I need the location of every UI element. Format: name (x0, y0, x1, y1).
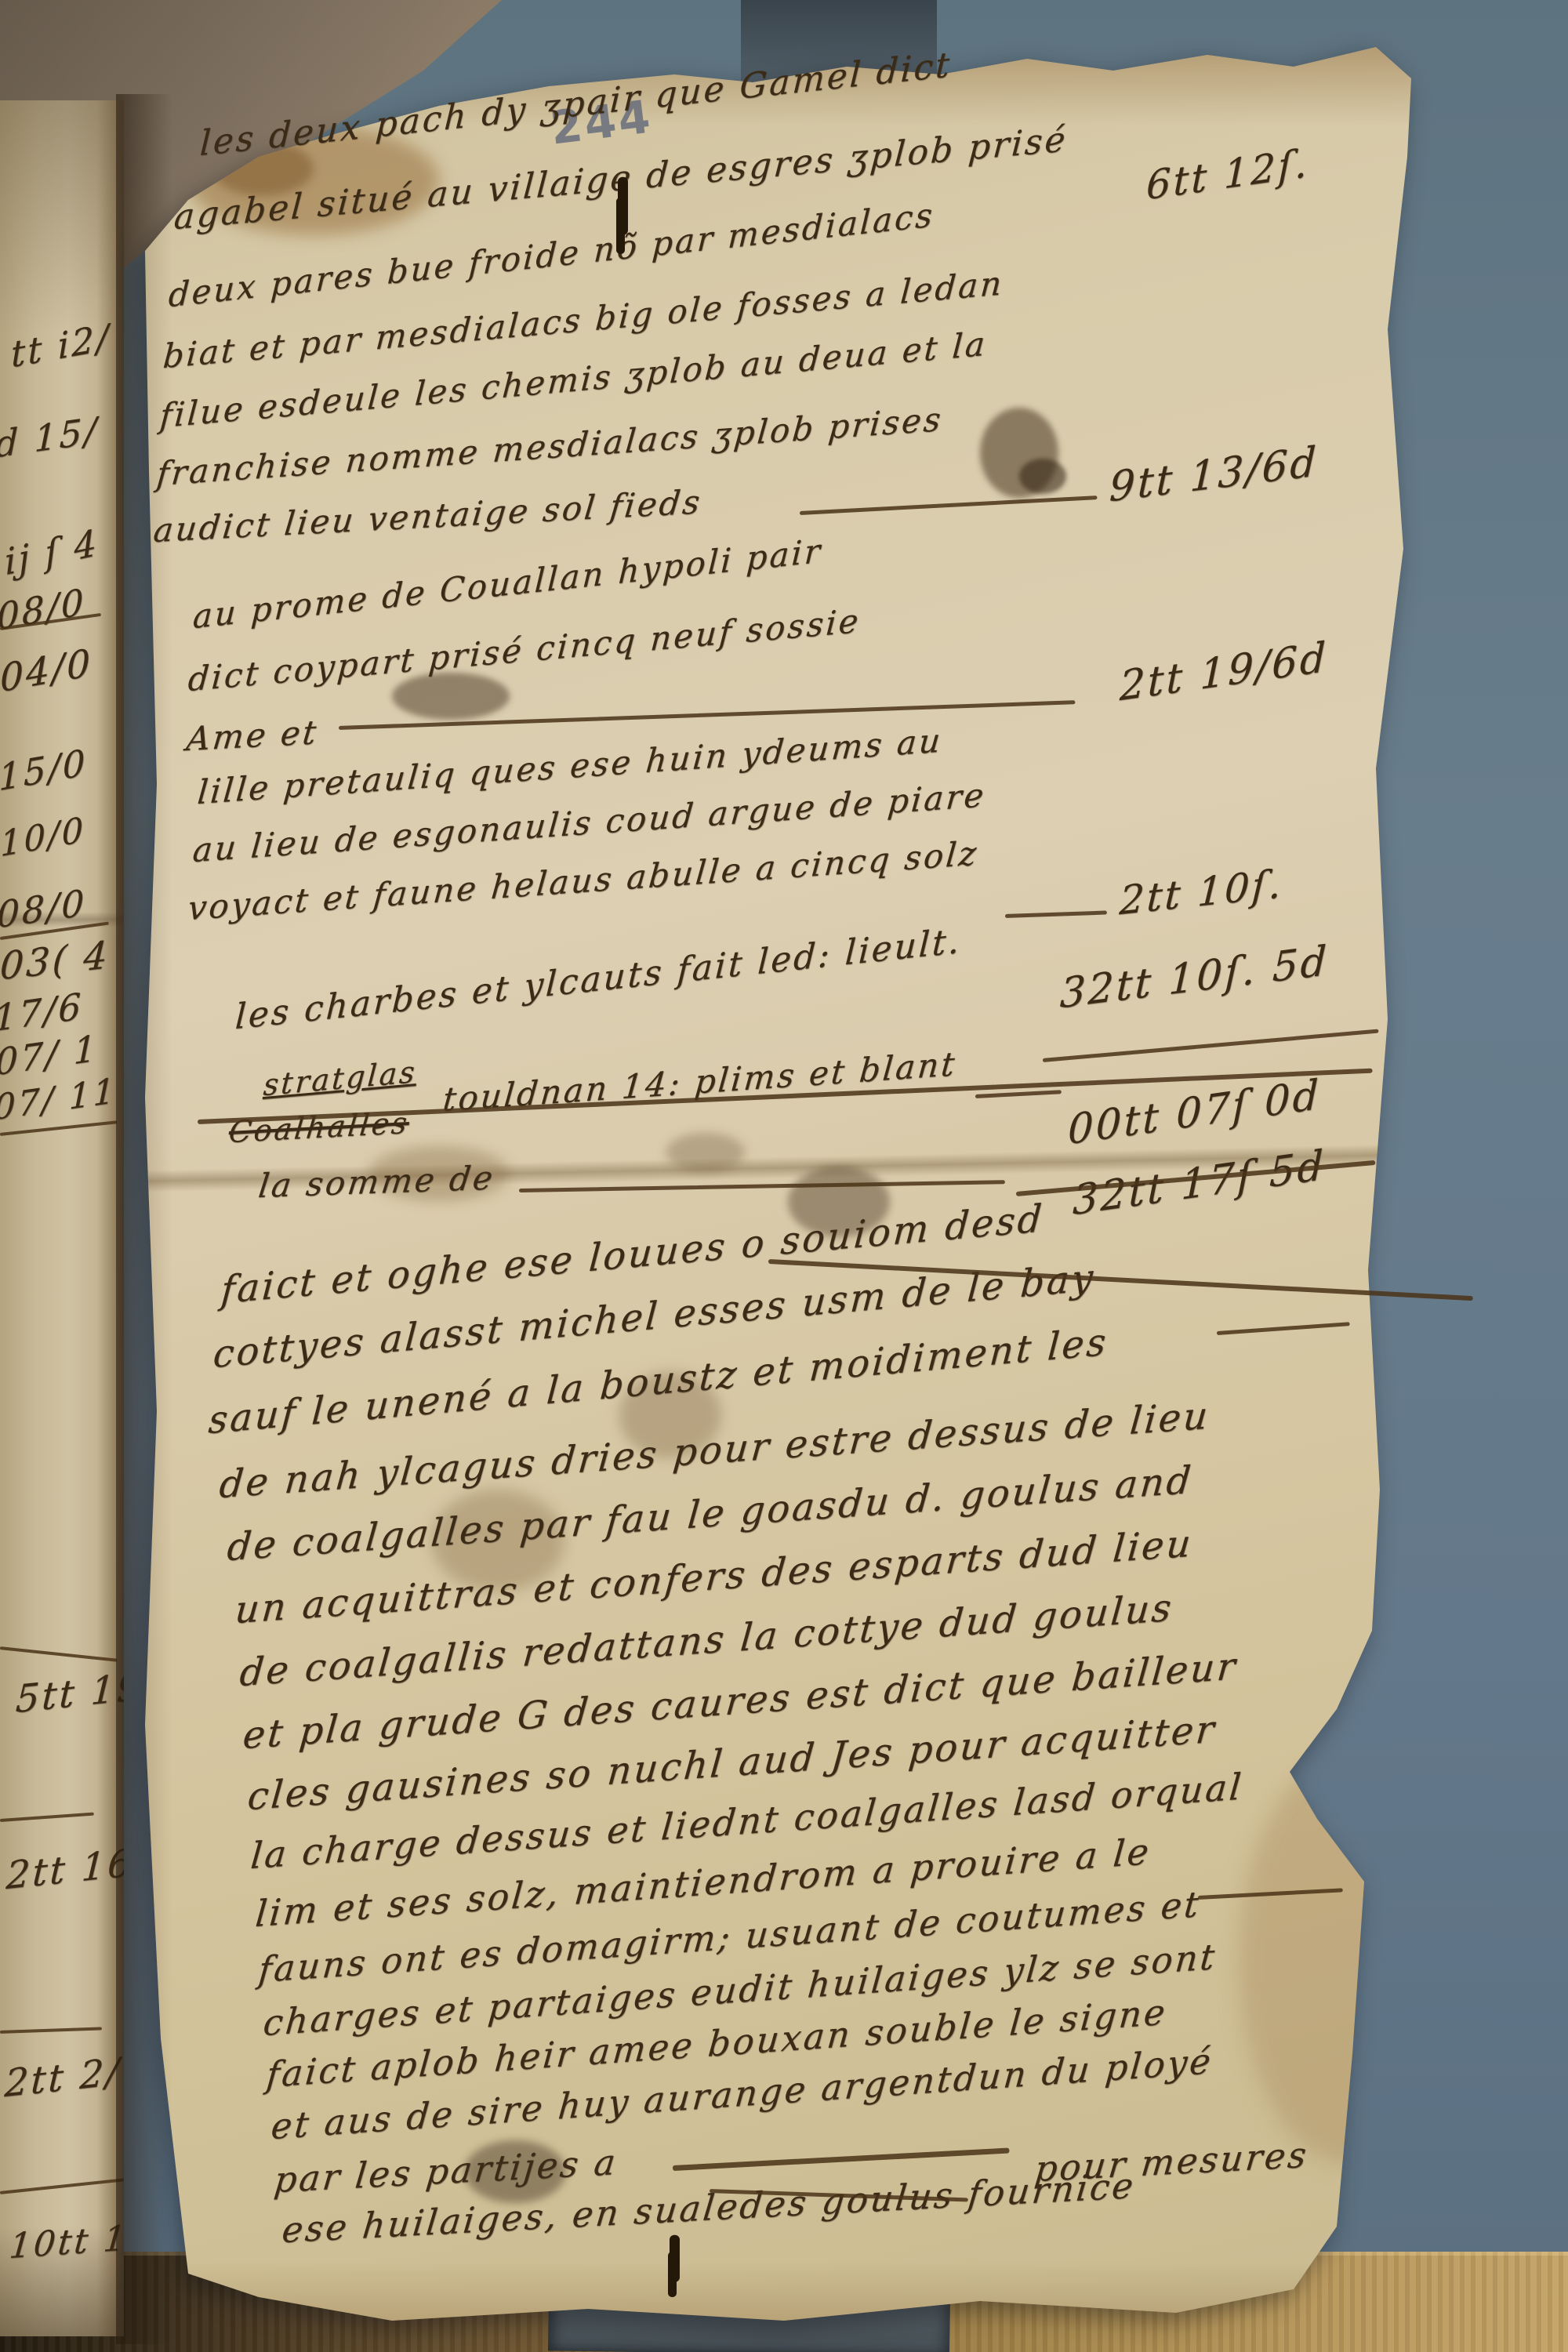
ink-rule (1043, 1029, 1379, 1062)
ink-rule (1005, 910, 1107, 918)
manuscript-line: la somme de (256, 1158, 497, 1205)
ink-rule (1198, 1888, 1343, 1900)
manuscript-line: Ame et (184, 713, 320, 758)
ink-rule (673, 2148, 1010, 2171)
manuscript-line: 2tt 19/6d (1119, 633, 1328, 710)
ink-rule (339, 700, 1076, 730)
manuscript-line: 2tt 10ſ. (1118, 861, 1284, 924)
photograph-of-manuscript: tt i2/d 15/ij ſ 408/004/015/010/008/003(… (0, 0, 1568, 2352)
ink-rule (1217, 1322, 1350, 1335)
manuscript-line: les charbes et ylcauts fait led: lieult. (234, 920, 963, 1037)
manuscript-line: stratglas (262, 1054, 418, 1103)
ink-rule (519, 1180, 1005, 1192)
manuscript-line: 32tt 10ſ. 5d (1059, 938, 1330, 1018)
manuscript-line: 6tt 12ſ. (1145, 140, 1309, 209)
ink-rule (975, 1090, 1062, 1098)
ink-rule (800, 495, 1098, 515)
ink-mark (616, 198, 625, 254)
ink-mark (668, 2252, 677, 2297)
manuscript-line: audict lieu ventaige sol fieds (151, 482, 703, 550)
handwriting-layer: 244 les deux pach dy ʒpair que Gamel dic… (0, 0, 1568, 2352)
manuscript-line: par les partijes a (272, 2141, 619, 2201)
manuscript-line: 9tt 13/6d (1109, 438, 1319, 511)
